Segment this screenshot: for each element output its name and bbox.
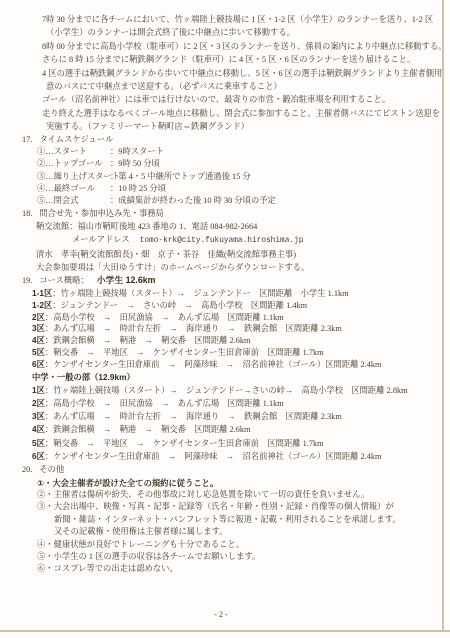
schedule-value: ：10 時 25 分頃 — [110, 184, 166, 193]
schedule-row: ④…最終ゴール：10 時 25 分頃 — [0, 183, 442, 195]
email-address: tomo-krk@city.fukuyama.hiroshima.jp — [140, 237, 304, 245]
course-row: 1-1区：竹ヶ端陸上競技場（スタート）→ ジュンテンドー 区間距離 小学生 1.… — [0, 288, 442, 300]
elementary-course-title: 小学生 12.6km — [97, 275, 156, 285]
course-row: 1-2区：ジュンテンドー → さいの峠 → 高島小学校 区間距離 1.4km — [0, 300, 442, 312]
course-row: 5区：鞆交番 → 平地区 → ケンザイセンター生田倉庫前 区間距離 1.7km — [0, 437, 442, 450]
mail-label: メールアドレス — [72, 235, 130, 244]
course-row: 4区：鉄鋼会館横 → 鞆港 → 鞆交番 区間距離 2.6km — [0, 423, 442, 436]
course-route: ：鉄鋼会館横 → 鞆港 → 鞆交番 区間距離 2.6km — [45, 425, 251, 434]
page-number: - 2 - — [0, 610, 442, 619]
course-label: 6区 — [32, 451, 45, 461]
junior-course-title: 中学・一般の部（12.9km） — [0, 371, 442, 384]
rule-item: ③・大会出場中、映像・写真・記事・記録等（氏名・年齢・性別・記録・肖像等の個人情… — [0, 501, 442, 513]
rule-item: ④・健康状態が良好でトレーニングも十分であること。 — [0, 539, 442, 551]
section-heading: 17.タイムスケジュール — [0, 134, 442, 146]
section-number: 20. — [22, 463, 32, 477]
elementary-course-list: 1-1区：竹ヶ端陸上競技場（スタート）→ ジュンテンドー 区間距離 小学生 1.… — [0, 288, 442, 371]
course-route: ：鞆交番 → 平地区 → ケンザイセンター生田倉庫前 区間距離 1.7km — [45, 348, 324, 357]
schedule-label: ①…スタート — [37, 146, 110, 158]
document-page: 7時 30 分までに各チームにおいて、竹ヶ端陸上競技場に 1 区・1-2 区（小… — [0, 0, 450, 638]
course-row: 3区：あんず広場 → 時計台左折 → 海岸通り → 鉄鋼会館 区間距離 2.3k… — [0, 410, 442, 423]
schedule-label: ④…最終ゴール — [37, 183, 110, 195]
rule-item: ⑥・コスプレ等での出走は認めない。 — [0, 563, 442, 575]
course-route: ：あんず広場 → 時計台左折 → 海岸通り → 鉄鋼会館 区間距離 2.3km — [45, 324, 342, 333]
course-route: ：鞆交番 → 平地区 → ケンザイセンター生田倉庫前 区間距離 1.7km — [45, 439, 324, 448]
section-heading: 20.その他 — [0, 463, 442, 477]
rule-item-continuation: 新聞・雑誌・インターネット・パンフレット等に報道・記載・利用されることを承諾しま… — [0, 514, 442, 526]
course-route: ：鉄鋼会館横 → 鞆港 → 鞆交番 区間距離 2.6km — [45, 336, 251, 345]
paragraph-line: さらに 8 時 15 分までに鞆鉄鋼グランド（駐車可）に 4 区・5 区・6 区… — [0, 53, 442, 66]
section-title: その他 — [39, 465, 64, 474]
contact-staff-line: 清水 孝幸(鞆交流館館長)・畑 京子・茶谷 佳織(鞆交流館事務主事) — [0, 248, 442, 261]
course-row: 4区：鉄鋼会館横 → 鞆港 → 鞆交番 区間距離 2.6km — [0, 335, 442, 347]
course-route: ：竹ヶ端陸上競技場（スタート）→ ジュンテンドー 区間距離 小学生 1.1km — [52, 289, 348, 298]
section-heading: 19.コース概略：小学生 12.6km — [0, 274, 442, 287]
schedule-value: ：第 4・5 中継所でトップ通過後 15 分 — [110, 172, 251, 181]
schedule-value: ：成績集計が終わった後 10 時 30 分頃の予定 — [110, 196, 276, 205]
course-label: 6区 — [32, 359, 45, 369]
section-title: コース概略： — [39, 276, 88, 285]
course-row: 1区：竹ヶ端陸上競技場（スタート）→ ジュンテンドー→さいの峠→ 高島小学校 区… — [0, 384, 442, 397]
section-19-course-outline: 19.コース概略：小学生 12.6km 1-1区：竹ヶ端陸上競技場（スタート）→… — [0, 274, 442, 463]
section-number: 19. — [22, 275, 32, 287]
section-18-contact: 18.問合せ先・参加申込み先・事務局 鞆交流館：福山市鞆町後地 423 番地の … — [0, 207, 442, 274]
course-label: 2区 — [32, 398, 45, 408]
scan-edge-bottom — [0, 630, 450, 632]
schedule-label: ③…繰り上げスタート — [37, 171, 110, 183]
paragraph-line: 8時 00 分までに高島小学校（駐車可）に 2 区・3 区のランナーを送り、係員… — [0, 40, 442, 53]
course-row: 6区：ケンザイセンター生田倉庫前 → 阿藻珍味 → 沼名前神社（ゴール）区間距離… — [0, 450, 442, 463]
course-label: 4区 — [32, 424, 45, 434]
course-label: 1区 — [32, 385, 45, 395]
course-row: 3区：あんず広場 → 時計台左折 → 海岸通り → 鉄鋼会館 区間距離 2.3k… — [0, 323, 442, 335]
paragraph-line: ゴール（沼名前神社）には車では行けないので、最寄りの市営・鍛冶駐車場を利用するこ… — [0, 93, 442, 106]
schedule-row: ②…トップゴール：9時 50 分頃 — [0, 158, 442, 170]
course-row: 5区：鞆交番 → 平地区 → ケンザイセンター生田倉庫前 区間距離 1.7km — [0, 347, 442, 359]
schedule-label: ⑤…閉会式 — [37, 195, 110, 207]
section-number: 17. — [22, 134, 32, 146]
schedule-row: ①…スタート：9時スタート — [0, 146, 442, 158]
rule-item: ①・大会主催者が設けた全ての規約に従うこと。 — [0, 477, 442, 489]
schedule-row: ⑤…閉会式：成績集計が終わった後 10 時 30 分頃の予定 — [0, 195, 442, 207]
course-label: 3区 — [32, 323, 45, 333]
course-row: 2区：高島小学校 → 田尻漁協 → あんず広場 区間距離 1.1km — [0, 312, 442, 324]
course-route: ：高島小学校 → 田尻漁協 → あんず広場 区間距離 1.1km — [45, 399, 284, 408]
schedule-value: ：9時 50 分頃 — [110, 159, 160, 168]
contact-address-line: 鞆交流館：福山市鞆町後地 423 番地の 1、電話 084-982-2664 — [0, 220, 442, 233]
rule-item: ⑤・小学生の 1 区の選手の収容は各チームでお願いします。 — [0, 551, 442, 563]
paragraph-line: 走り終えた選手はなるべくゴール地点に移動し、閉会式に参加すること。主催者側バスに… — [0, 107, 442, 120]
course-route: ：ジュンテンドー → さいの峠 → 高島小学校 区間距離 1.4km — [52, 301, 307, 310]
course-route: ：あんず広場 → 時計台左折 → 海岸通り → 鉄鋼会館 区間距離 2.3km — [45, 412, 342, 421]
rule-item: ②・主催者は傷病や紛失、その他事故に対し応急処置を除いて一切の責任を負いません。 — [0, 489, 442, 501]
course-label: 2区 — [32, 312, 45, 322]
course-label: 5区 — [32, 347, 45, 357]
paragraph-line: 4 区の選手は鞆鉄鋼グランドから歩いて中継点に移動し、5 区・6 区の選手は鞆鉄… — [0, 67, 442, 80]
course-route: ：ケンザイセンター生田倉庫前 → 阿藻珍味 → 沼名前神社（ゴール）区間距離 2… — [45, 360, 382, 369]
scan-edge-right — [442, 0, 444, 631]
schedule-label: ②…トップゴール — [37, 158, 110, 170]
transport-paragraph: 7時 30 分までに各チームにおいて、竹ヶ端陸上競技場に 1 区・1-2 区（小… — [0, 13, 442, 134]
course-label: 1-1区 — [32, 288, 52, 298]
course-label: 1-2区 — [32, 300, 52, 310]
section-title: タイムスケジュール — [39, 135, 113, 144]
course-route: ：高島小学校 → 田尻漁協 → あんず広場 区間距離 1.1km — [45, 313, 284, 322]
section-17-time-schedule: 17.タイムスケジュール ①…スタート：9時スタート ②…トップゴール：9時 5… — [0, 134, 442, 208]
schedule-value: ：9時スタート — [110, 147, 164, 156]
rules-list: ①・大会主催者が設けた全ての規約に従うこと。 ②・主催者は傷病や紛失、その他事故… — [0, 477, 442, 576]
course-route: ：ケンザイセンター生田倉庫前 → 阿藻珍味 → 沼名前神社（ゴール）区間距離 2… — [45, 452, 382, 461]
course-label: 3区 — [32, 411, 45, 421]
contact-download-line: 大会参加要項は「大田ゆうすけ」のホームページからダウンロードする。 — [0, 261, 442, 274]
paragraph-line: 実施する。（ファミリーマート鞆町店⇔鉄鋼グランド） — [0, 120, 442, 133]
section-heading: 18.問合せ先・参加申込み先・事務局 — [0, 207, 442, 220]
section-number: 18. — [22, 207, 32, 220]
course-label: 5区 — [32, 438, 45, 448]
document-content: 7時 30 分までに各チームにおいて、竹ヶ端陸上競技場に 1 区・1-2 区（小… — [0, 13, 442, 576]
course-row: 6区：ケンザイセンター生田倉庫前 → 阿藻珍味 → 沼名前神社（ゴール）区間距離… — [0, 359, 442, 371]
course-route: ：竹ヶ端陸上競技場（スタート）→ ジュンテンドー→さいの峠→ 高島小学校 区間距… — [45, 386, 408, 395]
schedule-row: ③…繰り上げスタート：第 4・5 中継所でトップ通過後 15 分 — [0, 171, 442, 183]
rule-item-continuation: 又その記載権・使用権は主催者様に属します。 — [0, 526, 442, 538]
course-label: 4区 — [32, 335, 45, 345]
paragraph-line: （小学生）のランナーは開会式終了後に中継点に歩いて移動する。 — [0, 26, 442, 39]
paragraph-line: 意のバスにて中継点まで送迎する。（必ずバスに乗車すること） — [0, 80, 442, 93]
section-title: 問合せ先・参加申込み先・事務局 — [39, 209, 163, 218]
junior-course-list: 1区：竹ヶ端陸上競技場（スタート）→ ジュンテンドー→さいの峠→ 高島小学校 区… — [0, 384, 442, 463]
paragraph-line: 7時 30 分までに各チームにおいて、竹ヶ端陸上競技場に 1 区・1-2 区（小… — [0, 13, 442, 26]
course-row: 2区：高島小学校 → 田尻漁協 → あんず広場 区間距離 1.1km — [0, 397, 442, 410]
section-20-other: 20.その他 ①・大会主催者が設けた全ての規約に従うこと。 ②・主催者は傷病や紛… — [0, 463, 442, 576]
contact-mail-line: メールアドレスtomo-krk@city.fukuyama.hiroshima.… — [0, 233, 442, 248]
